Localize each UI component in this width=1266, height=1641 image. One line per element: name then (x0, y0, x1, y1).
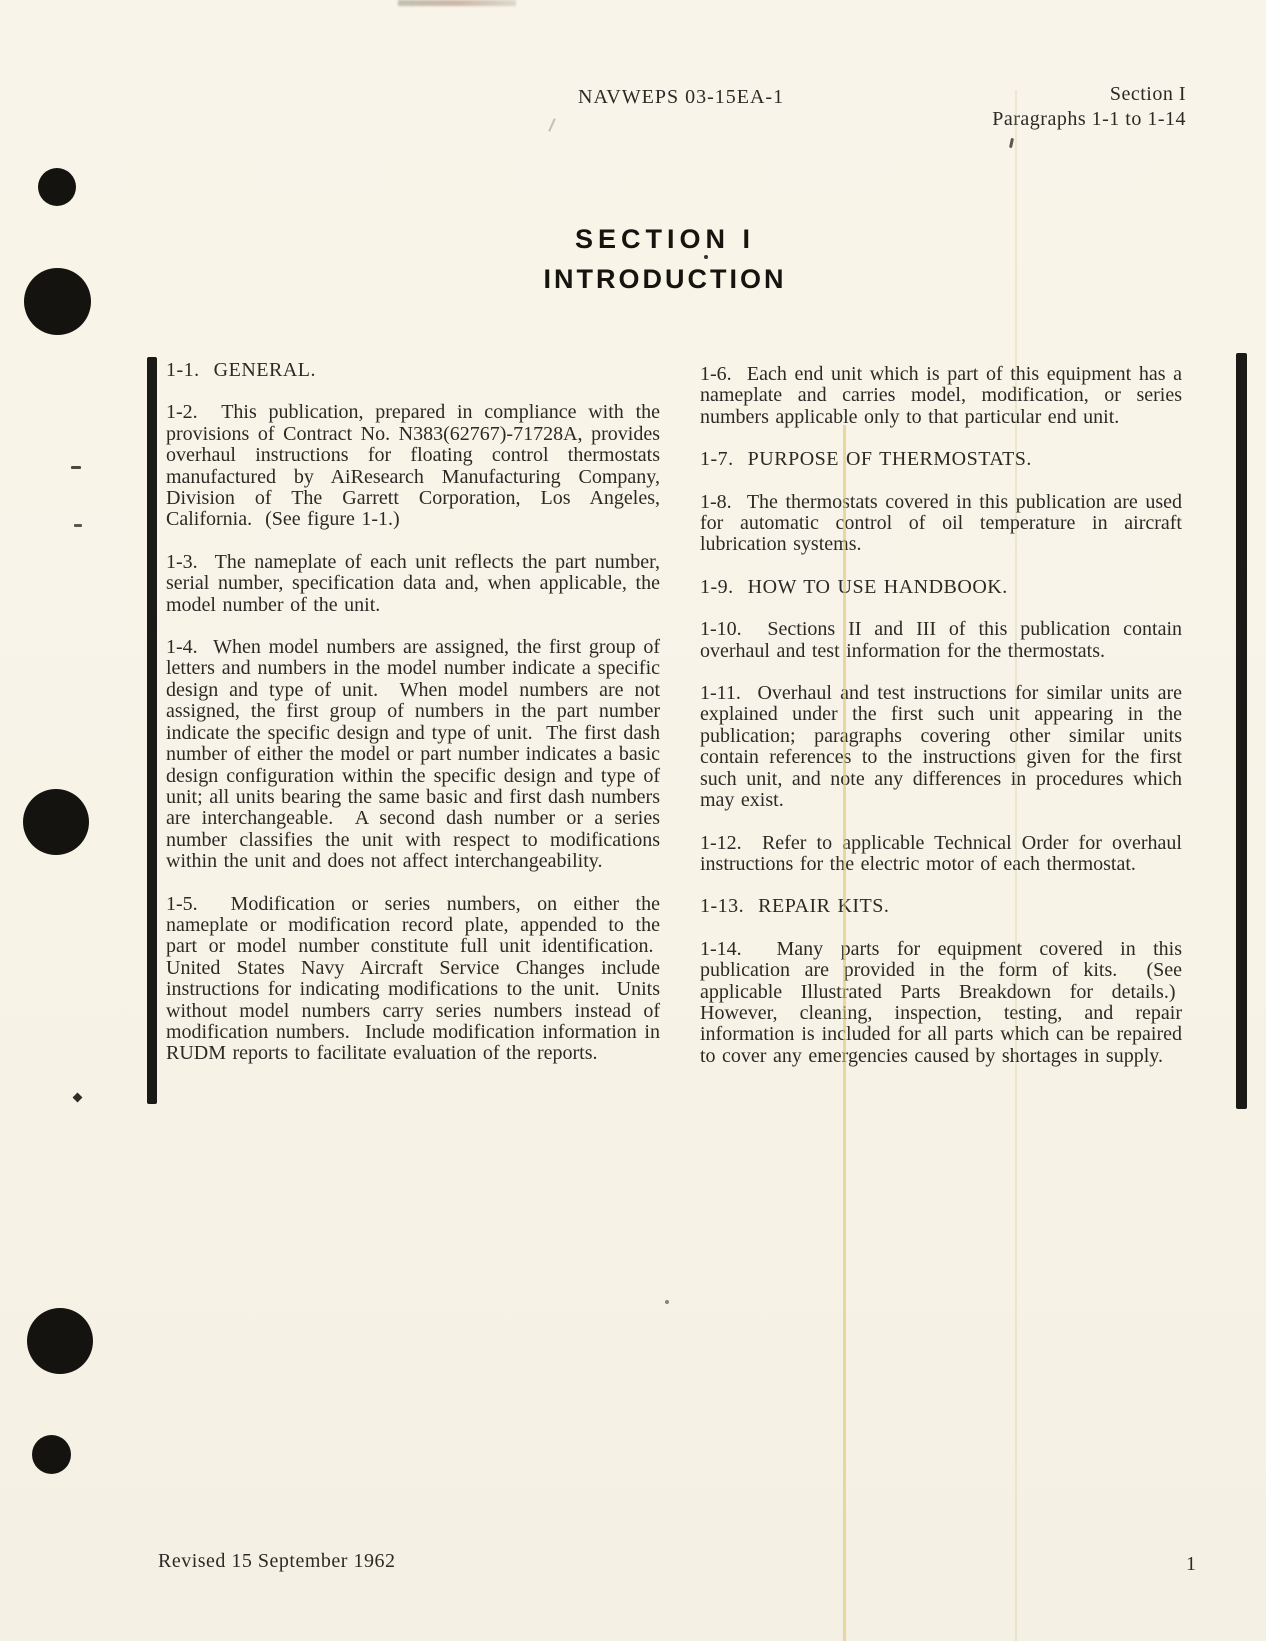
paragraph-1-7: 1-7. PURPOSE OF THERMOSTATS. (700, 449, 1182, 470)
paragraph-1-9: 1-9. HOW TO USE HANDBOOK. (700, 577, 1182, 598)
change-bar-left (147, 357, 157, 1104)
paragraph-1-12: 1-12. Refer to applicable Technical Orde… (700, 833, 1182, 876)
crease-line (1015, 90, 1017, 1641)
left-column: 1-1. GENERAL. 1-2. This publication, pre… (166, 360, 660, 1086)
paragraph-1-6: 1-6. Each end unit which is part of this… (700, 364, 1182, 428)
paragraph-1-3: 1-3. The nameplate of each unit reflects… (166, 552, 660, 616)
punch-hole-5 (32, 1435, 71, 1474)
stray-slash-mark (548, 118, 556, 132)
margin-dot-mark (73, 1093, 83, 1103)
stray-tick-mark (1009, 138, 1014, 148)
section-title-block: SECTION I INTRODUCTION (150, 224, 1180, 295)
fold-line (843, 425, 846, 1641)
paragraph-1-4: 1-4. When model numbers are assigned, th… (166, 637, 660, 872)
punch-hole-4 (27, 1308, 93, 1374)
stray-dot-mark (665, 1300, 669, 1304)
change-bar-right (1236, 353, 1247, 1109)
scanned-manual-page: { "document": { "header": { "doc_number"… (0, 0, 1266, 1641)
header-section-label: Section I (992, 82, 1186, 107)
header-doc-number: NAVWEPS 03-15EA-1 (578, 86, 784, 109)
paragraph-1-2: 1-2. This publication, prepared in compl… (166, 402, 660, 530)
paragraph-1-10: 1-10. Sections II and III of this public… (700, 619, 1182, 662)
margin-dash-mark-2 (74, 524, 82, 527)
scan-smudge-top (398, 0, 516, 6)
right-column: 1-6. Each end unit which is part of this… (700, 364, 1182, 1088)
punch-hole-2 (24, 268, 91, 335)
punch-hole-3 (23, 789, 89, 855)
paragraph-1-13: 1-13. REPAIR KITS. (700, 896, 1182, 917)
margin-dash-mark-1 (71, 466, 81, 469)
paragraph-1-11: 1-11. Overhaul and test instructions for… (700, 683, 1182, 811)
paragraph-1-1: 1-1. GENERAL. (166, 360, 660, 381)
section-title: SECTION I (150, 224, 1180, 255)
paragraph-1-14: 1-14. Many parts for equipment covered i… (700, 939, 1182, 1067)
footer-page-number: 1 (1186, 1553, 1196, 1576)
punch-hole-1 (38, 168, 76, 206)
paragraph-1-8: 1-8. The thermostats covered in this pub… (700, 492, 1182, 556)
header-paragraph-range: Paragraphs 1-1 to 1-14 (992, 107, 1186, 132)
section-subtitle: INTRODUCTION (150, 264, 1180, 295)
paragraph-1-5: 1-5. Modification or series numbers, on … (166, 894, 660, 1065)
footer-revision-date: Revised 15 September 1962 (158, 1550, 395, 1573)
header-right-block: Section I Paragraphs 1-1 to 1-14 (992, 82, 1186, 132)
